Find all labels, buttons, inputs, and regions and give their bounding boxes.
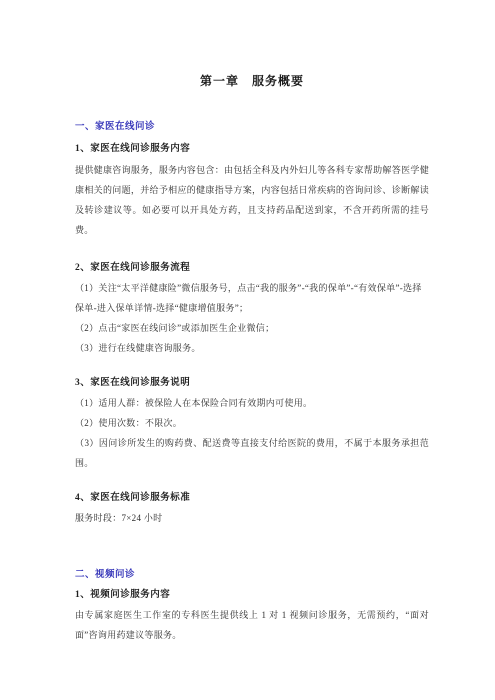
service-hours: 服务时段：7×24 小时 bbox=[75, 508, 429, 528]
subsection-service-process: 2、家医在线问诊服务流程 （1）关注“太平洋健康险”微信服务号，点击“我的服务”… bbox=[75, 258, 429, 358]
list-item: （3）因问诊所发生的购药费、配送费等直接支付给医院的费用，不属于本服务承担范围。 bbox=[75, 433, 429, 473]
subsection-service-standard: 4、家医在线问诊服务标准 服务时段：7×24 小时 bbox=[75, 488, 429, 528]
document-content: 第一章 服务概要 一、家医在线问诊 1、家医在线问诊服务内容 提供健康咨询服务，… bbox=[0, 0, 495, 645]
section-heading: 一、家医在线问诊 bbox=[75, 117, 429, 137]
paragraph: 由专属家庭医生工作室的专科医生提供线上 1 对 1 视频问诊服务，无需预约，“面… bbox=[75, 605, 429, 645]
list-item: （1）适用人群：被保险人在本保险合同有效期内可使用。 bbox=[75, 393, 429, 413]
subsection-title: 3、家医在线问诊服务说明 bbox=[75, 373, 429, 393]
subsection-service-notes: 3、家医在线问诊服务说明 （1）适用人群：被保险人在本保险合同有效期内可使用。 … bbox=[75, 373, 429, 473]
list-item: （1）关注“太平洋健康险”微信服务号，点击“我的服务”-“我的保单”-“有效保单… bbox=[75, 278, 429, 318]
subsection-title: 1、视频问诊服务内容 bbox=[75, 585, 429, 605]
paragraph: 提供健康咨询服务，服务内容包含：由包括全科及内外妇儿等各科专家帮助解答医学健康相… bbox=[75, 160, 429, 240]
section-online-consultation: 一、家医在线问诊 1、家医在线问诊服务内容 提供健康咨询服务，服务内容包含：由包… bbox=[75, 117, 429, 528]
subsection-title: 1、家医在线问诊服务内容 bbox=[75, 139, 429, 159]
subsection-video-content: 1、视频问诊服务内容 由专属家庭医生工作室的专科医生提供线上 1 对 1 视频问… bbox=[75, 585, 429, 645]
list-item: （2）使用次数：不限次。 bbox=[75, 413, 429, 433]
subsection-title: 4、家医在线问诊服务标准 bbox=[75, 488, 429, 508]
subsection-service-content: 1、家医在线问诊服务内容 提供健康咨询服务，服务内容包含：由包括全科及内外妇儿等… bbox=[75, 139, 429, 240]
section-video-consultation: 二、视频问诊 1、视频问诊服务内容 由专属家庭医生工作室的专科医生提供线上 1 … bbox=[75, 565, 429, 645]
list-item: （2）点击“家医在线问诊”或添加医生企业微信； bbox=[75, 318, 429, 338]
document-page: 第一章 服务概要 一、家医在线问诊 1、家医在线问诊服务内容 提供健康咨询服务，… bbox=[0, 0, 495, 700]
chapter-title: 第一章 服务概要 bbox=[75, 72, 429, 90]
section-heading: 二、视频问诊 bbox=[75, 565, 429, 585]
list-item: （3）进行在线健康咨询服务。 bbox=[75, 338, 429, 358]
subsection-title: 2、家医在线问诊服务流程 bbox=[75, 258, 429, 278]
